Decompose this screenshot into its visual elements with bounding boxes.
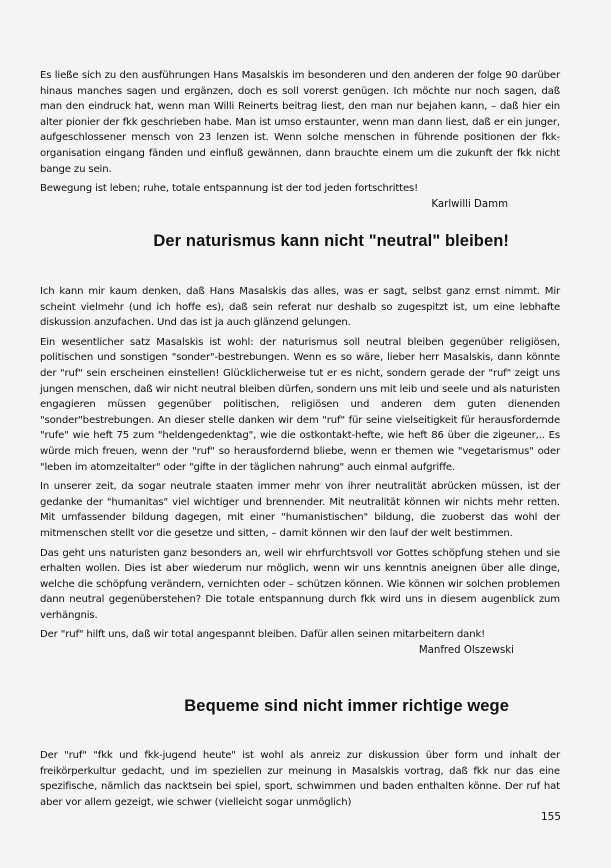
author-signature: Manfred Olszewski (40, 643, 560, 658)
letter-damm: Es ließe sich zu den ausführungen Hans M… (40, 68, 560, 212)
letter-continued: Der "ruf" "fkk und fkk-jugend heute" ist… (40, 748, 560, 814)
author-signature: Karlwilli Damm (40, 197, 560, 212)
letter-olszewski: Ich kann mir kaum denken, daß Hans Masal… (40, 284, 560, 658)
section-heading: Der naturismus kann nicht "neutral" blei… (153, 232, 509, 251)
paragraph: Ich kann mir kaum denken, daß Hans Masal… (40, 284, 560, 331)
paragraph: Ein wesentlicher satz Masalskis ist wohl… (40, 335, 560, 475)
paragraph: Das geht uns naturisten ganz besonders a… (40, 546, 560, 624)
paragraph: Der "ruf" "fkk und fkk-jugend heute" ist… (40, 748, 560, 810)
paragraph: Der "ruf" hilft uns, daß wir total anges… (40, 627, 560, 643)
paragraph: Es ließe sich zu den ausführungen Hans M… (40, 68, 560, 177)
section-heading: Bequeme sind nicht immer richtige wege (184, 697, 509, 716)
page-number: 155 (541, 811, 561, 823)
paragraph: Bewegung ist leben; ruhe, totale entspan… (40, 181, 560, 197)
paragraph: In unserer zeit, da sogar neutrale staat… (40, 479, 560, 541)
